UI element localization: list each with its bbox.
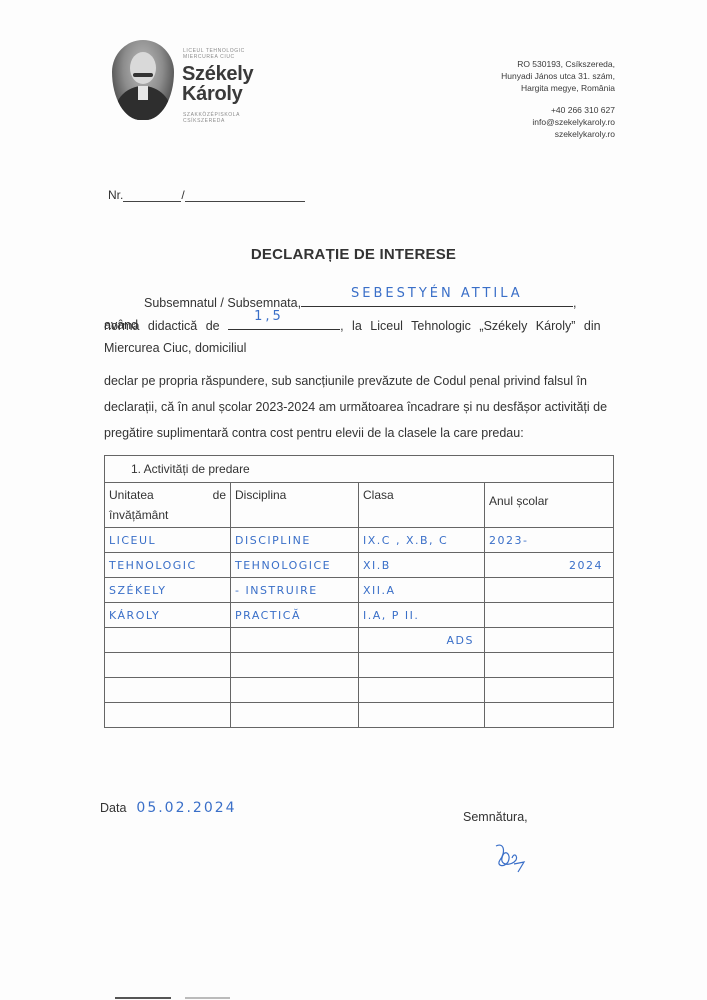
cell-unit[interactable] (105, 678, 231, 702)
address-line: RO 530193, Csíkszereda, (501, 58, 615, 70)
registration-number: Nr./ (108, 188, 305, 202)
table-row: LICEULDISCIPLINEIX.C , X.B, C2023- (105, 528, 613, 553)
date-section: Data05.02.2024 (100, 800, 237, 816)
cell-unit[interactable]: SZÉKELY (105, 578, 231, 602)
logo-subtitle-hu-city: Csíkszereda (183, 118, 225, 124)
footer-line (185, 997, 230, 999)
address-line: Hunyadi János utca 31. szám, (501, 70, 615, 82)
handwritten-date[interactable]: 05.02.2024 (136, 800, 236, 816)
signature-icon (490, 840, 530, 874)
nr-label: Nr. (108, 188, 123, 202)
norm-field[interactable]: 1,5 (228, 313, 340, 330)
declaration-line-6: pregătire suplimentară contra cost pentr… (104, 422, 612, 444)
header-school-year: Anul școlar (485, 483, 613, 527)
logo-name-first: Székely (182, 64, 253, 84)
cell-discipline[interactable] (231, 628, 359, 652)
header-class: Clasa (359, 483, 485, 527)
cell-class[interactable]: XII.A (359, 578, 485, 602)
date-field[interactable] (185, 189, 305, 202)
handwritten-name: SEBESTYÉN ATTILA (311, 283, 523, 305)
cell-unit[interactable]: KÁROLY (105, 603, 231, 627)
text: învățământ (109, 505, 226, 525)
name-field[interactable]: SEBESTYÉN ATTILA (301, 290, 573, 307)
table-row (105, 678, 613, 703)
cell-school-year[interactable] (485, 703, 613, 727)
text: de (213, 485, 226, 505)
cell-class[interactable] (359, 703, 485, 727)
table-row: ADS (105, 628, 613, 653)
signature-label: Semnătura, (463, 810, 528, 824)
cell-discipline[interactable]: DISCIPLINE (231, 528, 359, 552)
date-label: Data (100, 801, 126, 815)
handwritten-entry: SZÉKELY (109, 584, 167, 597)
table-row: KÁROLYPRACTICĂI.A, P II. (105, 603, 613, 628)
cell-discipline[interactable] (231, 678, 359, 702)
cell-class[interactable] (359, 653, 485, 677)
handwritten-entry: XI.B (363, 559, 391, 572)
text: norma didactică de (104, 319, 220, 333)
address-line: Hargita megye, România (501, 82, 615, 94)
table-row (105, 703, 613, 727)
cell-discipline[interactable] (231, 703, 359, 727)
cell-class[interactable]: I.A, P II. (359, 603, 485, 627)
handwritten-entry: XII.A (363, 584, 396, 597)
cell-discipline[interactable]: - INSTRUIRE (231, 578, 359, 602)
cell-school-year[interactable] (485, 578, 613, 602)
handwritten-entry: 2024 (569, 559, 603, 572)
cell-discipline[interactable] (231, 653, 359, 677)
document-page: Liceul Tehnologic Miercurea Ciuc Székely… (0, 0, 707, 1000)
school-logo: Liceul Tehnologic Miercurea Ciuc Székely… (108, 40, 298, 120)
logo-name-last: Károly (182, 84, 242, 104)
handwritten-entry: - INSTRUIRE (235, 584, 318, 597)
website: szekelykaroly.ro (501, 128, 615, 140)
declaration-line-5: declarații, că în anul școlar 2023-2024 … (104, 396, 612, 418)
text: Unitatea (109, 485, 154, 505)
handwritten-entry: 2023- (489, 534, 528, 547)
handwritten-entry: PRACTICĂ (235, 609, 301, 622)
cell-school-year[interactable] (485, 678, 613, 702)
footer-line (115, 997, 171, 999)
header-unit: Unitateade învățământ (105, 483, 231, 527)
cell-school-year[interactable] (485, 653, 613, 677)
cell-school-year[interactable]: 2023- (485, 528, 613, 552)
cell-class[interactable] (359, 678, 485, 702)
email-address: info@szekelykaroly.ro (501, 116, 615, 128)
cell-unit[interactable]: LICEUL (105, 528, 231, 552)
handwritten-norm: 1,5 (254, 306, 284, 328)
portrait-image (112, 40, 174, 120)
text: , la Liceul Tehnologic „Székely Károly” … (340, 319, 600, 333)
handwritten-entry: I.A, P II. (363, 609, 419, 622)
handwritten-entry: TEHNOLOGICE (235, 559, 331, 572)
cell-school-year[interactable]: 2024 (485, 553, 613, 577)
table-row: SZÉKELY- INSTRUIREXII.A (105, 578, 613, 603)
cell-school-year[interactable] (485, 628, 613, 652)
table-caption: 1. Activități de predare (105, 456, 613, 483)
handwritten-entry: IX.C , X.B, C (363, 534, 448, 547)
handwritten-entry: ADS (447, 634, 474, 647)
table-row (105, 653, 613, 678)
handwritten-entry: LICEUL (109, 534, 156, 547)
header-discipline: Disciplina (231, 483, 359, 527)
cell-unit[interactable] (105, 653, 231, 677)
cell-class[interactable]: IX.C , X.B, C (359, 528, 485, 552)
cell-class[interactable]: XI.B (359, 553, 485, 577)
handwritten-entry: KÁROLY (109, 609, 160, 622)
logo-subtitle-ro-city: Miercurea Ciuc (183, 54, 235, 60)
cell-unit[interactable] (105, 628, 231, 652)
cell-discipline[interactable]: TEHNOLOGICE (231, 553, 359, 577)
declaration-line-2: norma didactică de 1,5, la Liceul Tehnol… (104, 313, 612, 337)
cell-unit[interactable] (105, 703, 231, 727)
cell-discipline[interactable]: PRACTICĂ (231, 603, 359, 627)
cell-school-year[interactable] (485, 603, 613, 627)
handwritten-entry: TEHNOLOGIC (109, 559, 197, 572)
cell-unit[interactable]: TEHNOLOGIC (105, 553, 231, 577)
cell-class[interactable]: ADS (359, 628, 485, 652)
declaration-line-3: Miercurea Ciuc, domiciliul (104, 337, 612, 359)
table-row: TEHNOLOGICTEHNOLOGICEXI.B2024 (105, 553, 613, 578)
handwritten-entry: DISCIPLINE (235, 534, 311, 547)
school-address: RO 530193, Csíkszereda, Hunyadi János ut… (501, 58, 615, 140)
phone-number: +40 266 310 627 (501, 104, 615, 116)
declaration-line-4: declar pe propria răspundere, sub sancți… (104, 370, 612, 392)
teaching-activities-table: 1. Activități de predare Unitateade învă… (104, 455, 614, 728)
nr-field[interactable] (123, 189, 181, 202)
document-title: DECLARAȚIE DE INTERESE (0, 246, 707, 263)
table-header-row: Unitateade învățământ Disciplina Clasa A… (105, 483, 613, 528)
